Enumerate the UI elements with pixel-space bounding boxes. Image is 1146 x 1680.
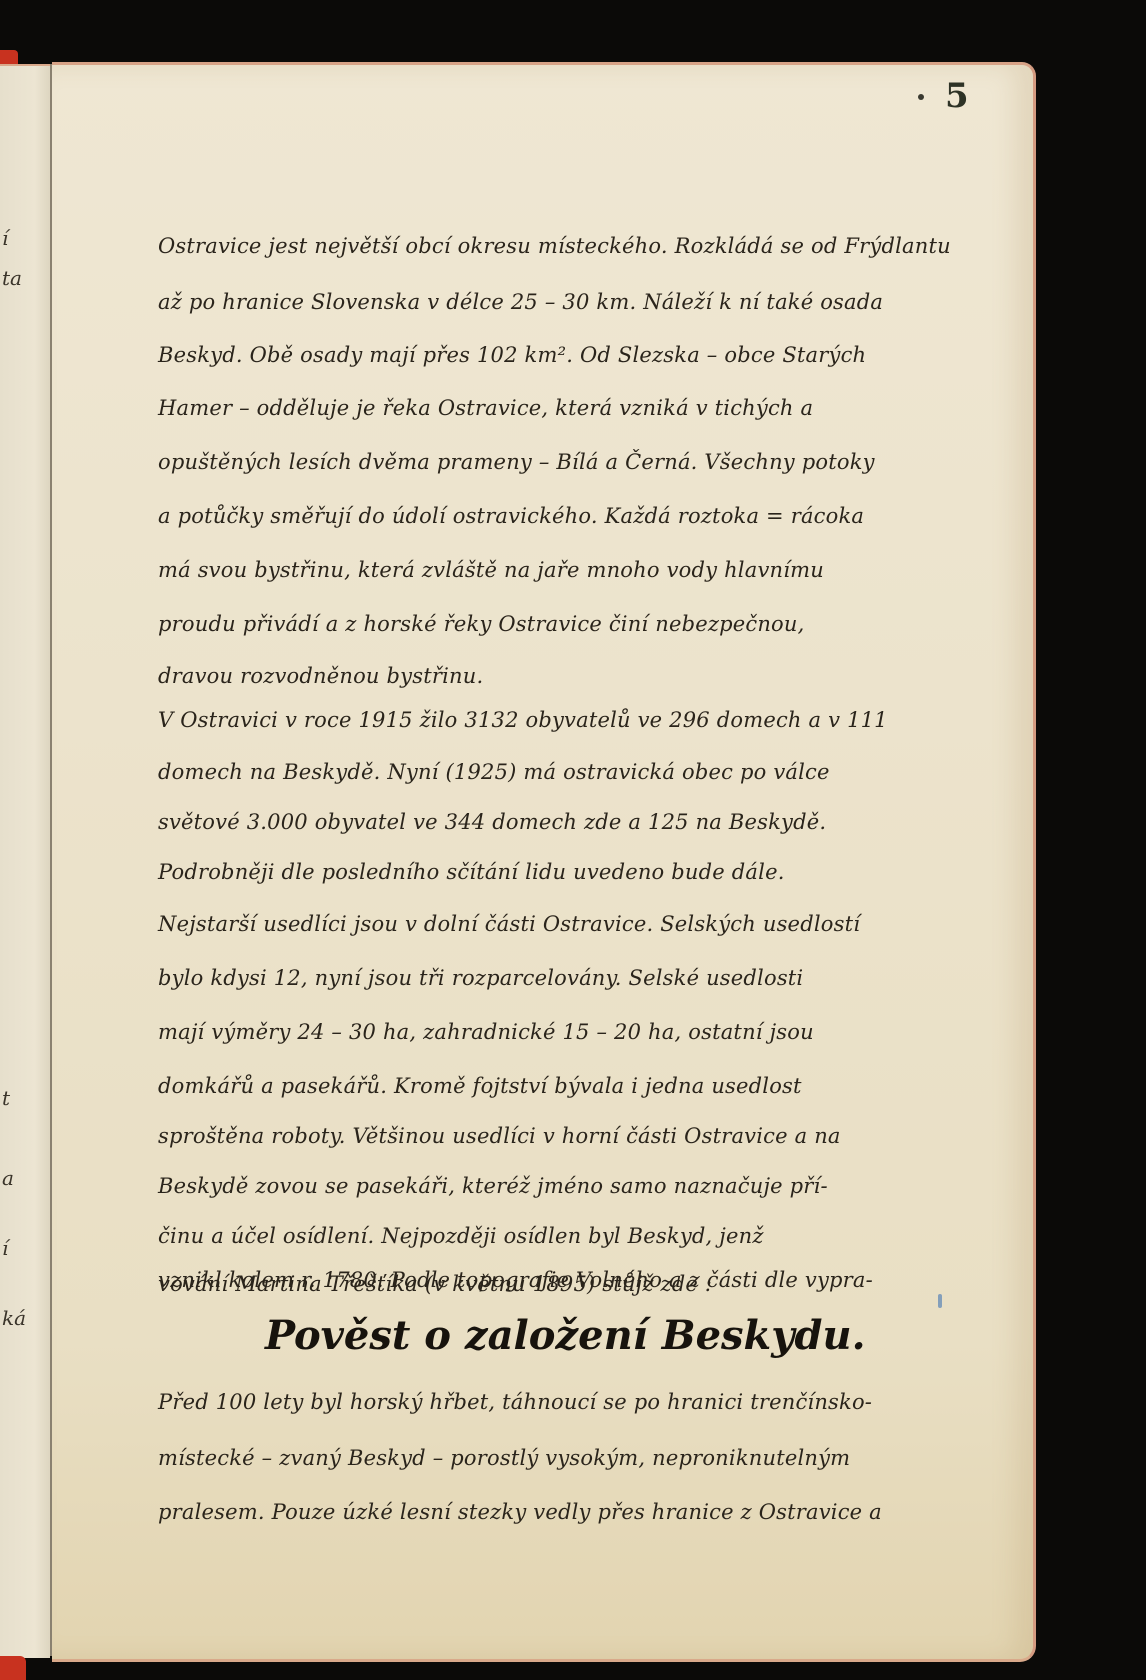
text-line: bylo kdysi 12, nyní jsou tři rozparcelov… (158, 966, 1008, 990)
text-line: až po hranice Slovenska v délce 25 – 30 … (158, 290, 1008, 314)
left-page-edge: í ta t a í ká (0, 64, 50, 1658)
page-mark (918, 94, 924, 100)
left-page-fragment: t (2, 1086, 10, 1110)
page-number: 5 (945, 76, 969, 116)
text-line: Podrobněji dle posledního sčítání lidu u… (158, 860, 1008, 884)
text-line: Před 100 lety byl horský hřbet, táhnoucí… (158, 1390, 1008, 1414)
book-binding-edge (0, 1656, 26, 1680)
text-line: Beskydě zovou se pasekáři, kteréž jméno … (158, 1174, 1008, 1198)
text-line: sproštěna roboty. Většinou usedlíci v ho… (158, 1124, 1008, 1148)
ink-spot (938, 1294, 942, 1308)
text-line: má svou bystřinu, která zvláště na jaře … (158, 558, 1008, 582)
text-line: světové 3.000 obyvatel ve 344 domech zde… (158, 810, 1008, 834)
book-binding-edge (0, 50, 18, 64)
text-line: V Ostravici v roce 1915 žilo 3132 obyvat… (158, 708, 1008, 732)
text-line: Hamer – odděluje je řeka Ostravice, kter… (158, 396, 1008, 420)
text-line: Ostravice jest největší obcí okresu míst… (158, 234, 1008, 258)
text-line: místecké – zvaný Beskyd – porostlý vysok… (158, 1446, 1008, 1470)
text-line: vování Martina Třešťíka (v květnu 1895) … (158, 1272, 1008, 1296)
text-line: Beskyd. Obě osady mají přes 102 km². Od … (158, 343, 1008, 367)
text-line: a potůčky směřují do údolí ostravického.… (158, 504, 1008, 528)
text-line: dravou rozvodněnou bystřinu. (158, 664, 1008, 688)
text-line: mají výměry 24 – 30 ha, zahradnické 15 –… (158, 1020, 1008, 1044)
left-page-fragment: ta (2, 266, 22, 290)
section-title: Pověst o založení Beskydu. (265, 1312, 905, 1359)
left-page-fragment: í (2, 226, 8, 250)
left-page-fragment: ká (2, 1306, 26, 1330)
left-page-fragment: a (2, 1166, 14, 1190)
left-page-fragment: í (2, 1236, 8, 1260)
text-line: proudu přivádí a z horské řeky Ostravice… (158, 612, 1008, 636)
text-line: pralesem. Pouze úzké lesní stezky vedly … (158, 1500, 1008, 1524)
text-line: domkářů a pasekářů. Kromě fojtství býval… (158, 1074, 1008, 1098)
text-line: domech na Beskydě. Nyní (1925) má ostrav… (158, 760, 1008, 784)
text-line: činu a účel osídlení. Nejpozději osídlen… (158, 1224, 1008, 1248)
text-line: Nejstarší usedlíci jsou v dolní části Os… (158, 912, 1008, 936)
text-line: opuštěných lesích dvěma prameny – Bílá a… (158, 450, 1008, 474)
